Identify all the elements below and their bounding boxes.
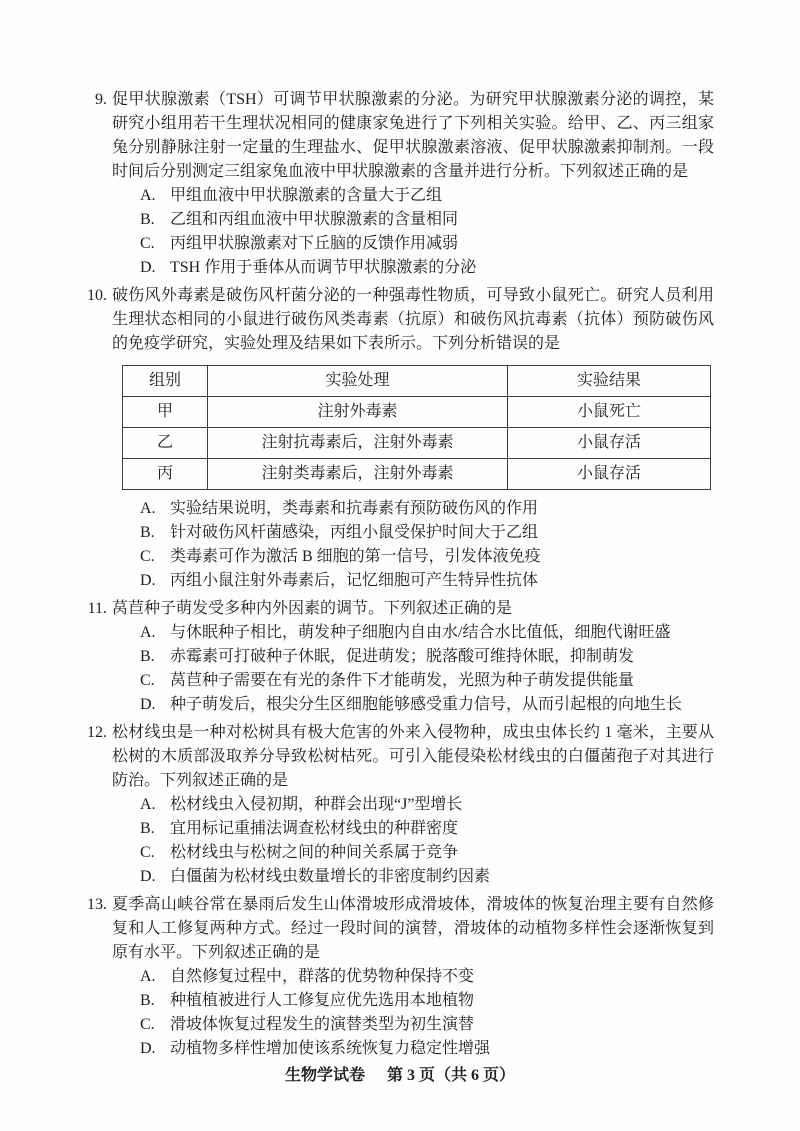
option-text: 实验结果说明，类毒素和抗毒素有预防破伤风的作用 xyxy=(170,497,714,521)
option-label: B. xyxy=(140,817,170,841)
table-cell: 注射抗毒素后，注射外毒素 xyxy=(208,428,508,459)
question-stem: 松材线虫是一种对松树具有极大危害的外来入侵物种，成虫虫体长约 1 毫米，主要从松… xyxy=(112,721,714,793)
option-row: C.丙组甲状腺激素对下丘脑的反馈作用减弱 xyxy=(112,232,714,256)
question-stem: 莴苣种子萌发受多种内外因素的调节。下列叙述正确的是 xyxy=(112,597,714,621)
option-label: C. xyxy=(140,669,170,693)
option-row: C.类毒素可作为激活 B 细胞的第一信号，引发体液免疫 xyxy=(112,545,714,569)
question: 11.莴苣种子萌发受多种内外因素的调节。下列叙述正确的是A.与休眠种子相比，萌发… xyxy=(80,597,714,717)
question-list: 9.促甲状腺激素（TSH）可调节甲状腺激素的分泌。为研究甲状腺激素分泌的调控，某… xyxy=(80,88,714,1065)
table-row: 甲注射外毒素小鼠死亡 xyxy=(123,397,711,428)
option-row: B.赤霉素可打破种子休眠，促进萌发；脱落酸可维持休眠，抑制萌发 xyxy=(112,645,714,669)
table-cell: 注射类毒素后，注射外毒素 xyxy=(208,459,508,490)
table-cell: 丙 xyxy=(123,459,208,490)
option-text: 白僵菌为松材线虫数量增长的非密度制约因素 xyxy=(170,865,714,889)
table-header-cell: 组别 xyxy=(123,366,208,397)
option-text: TSH 作用于垂体从而调节甲状腺激素的分泌 xyxy=(170,256,714,280)
option-label: C. xyxy=(140,1013,170,1037)
option-text: 自然修复过程中，群落的优势物种保持不变 xyxy=(170,965,714,989)
option-row: D.白僵菌为松材线虫数量增长的非密度制约因素 xyxy=(112,865,714,889)
question-body: 夏季高山峡谷常在暴雨后发生山体滑坡形成滑坡体，滑坡体的恢复治理主要有自然修复和人… xyxy=(112,893,714,1061)
option-text: 松材线虫入侵初期，种群会出现“J”型增长 xyxy=(170,793,714,817)
option-row: B.乙组和丙组血液中甲状腺激素的含量相同 xyxy=(112,208,714,232)
option-text: 与休眠种子相比，萌发种子细胞内自由水/结合水比值低，细胞代谢旺盛 xyxy=(170,621,714,645)
question-number: 11. xyxy=(80,597,112,717)
table-cell: 小鼠死亡 xyxy=(508,397,711,428)
option-row: A.自然修复过程中，群落的优势物种保持不变 xyxy=(112,965,714,989)
results-table: 组别实验处理实验结果甲注射外毒素小鼠死亡乙注射抗毒素后，注射外毒素小鼠存活丙注射… xyxy=(122,365,711,490)
option-text: 种植植被进行人工修复应优先选用本地植物 xyxy=(170,989,714,1013)
option-row: C.滑坡体恢复过程发生的演替类型为初生演替 xyxy=(112,1013,714,1037)
option-text: 宜用标记重捕法调查松材线虫的种群密度 xyxy=(170,817,714,841)
option-text: 类毒素可作为激活 B 细胞的第一信号，引发体液免疫 xyxy=(170,545,714,569)
option-text: 种子萌发后，根尖分生区细胞能够感受重力信号，从而引起根的向地生长 xyxy=(170,693,714,717)
option-text: 乙组和丙组血液中甲状腺激素的含量相同 xyxy=(170,208,714,232)
table-cell: 小鼠存活 xyxy=(508,428,711,459)
question-number: 10. xyxy=(80,284,112,593)
footer-page-info: 第 3 页（共 6 页） xyxy=(387,1067,515,1084)
option-row: B.针对破伤风杆菌感染，丙组小鼠受保护时间大于乙组 xyxy=(112,521,714,545)
table-cell: 小鼠存活 xyxy=(508,459,711,490)
question-number: 12. xyxy=(80,721,112,889)
option-row: C.莴苣种子需要在有光的条件下才能萌发，光照为种子萌发提供能量 xyxy=(112,669,714,693)
option-label: A. xyxy=(140,965,170,989)
question: 13.夏季高山峡谷常在暴雨后发生山体滑坡形成滑坡体，滑坡体的恢复治理主要有自然修… xyxy=(80,893,714,1061)
option-text: 丙组小鼠注射外毒素后，记忆细胞可产生特异性抗体 xyxy=(170,569,714,593)
question-stem: 夏季高山峡谷常在暴雨后发生山体滑坡形成滑坡体，滑坡体的恢复治理主要有自然修复和人… xyxy=(112,893,714,965)
option-row: A.松材线虫入侵初期，种群会出现“J”型增长 xyxy=(112,793,714,817)
table-header-cell: 实验结果 xyxy=(508,366,711,397)
option-text: 滑坡体恢复过程发生的演替类型为初生演替 xyxy=(170,1013,714,1037)
option-label: A. xyxy=(140,621,170,645)
option-text: 针对破伤风杆菌感染，丙组小鼠受保护时间大于乙组 xyxy=(170,521,714,545)
option-text: 松材线虫与松树之间的种间关系属于竞争 xyxy=(170,841,714,865)
option-row: A.实验结果说明，类毒素和抗毒素有预防破伤风的作用 xyxy=(112,497,714,521)
option-label: D. xyxy=(140,865,170,889)
option-row: D.TSH 作用于垂体从而调节甲状腺激素的分泌 xyxy=(112,256,714,280)
footer-exam-name: 生物学试卷 xyxy=(285,1067,365,1084)
option-label: B. xyxy=(140,521,170,545)
option-label: C. xyxy=(140,841,170,865)
option-row: D.丙组小鼠注射外毒素后，记忆细胞可产生特异性抗体 xyxy=(112,569,714,593)
question-number: 13. xyxy=(80,893,112,1061)
option-row: A.与休眠种子相比，萌发种子细胞内自由水/结合水比值低，细胞代谢旺盛 xyxy=(112,621,714,645)
option-label: D. xyxy=(140,569,170,593)
table-row: 丙注射类毒素后，注射外毒素小鼠存活 xyxy=(123,459,711,490)
table-header-row: 组别实验处理实验结果 xyxy=(123,366,711,397)
option-label: D. xyxy=(140,256,170,280)
option-text: 丙组甲状腺激素对下丘脑的反馈作用减弱 xyxy=(170,232,714,256)
option-label: A. xyxy=(140,497,170,521)
option-label: C. xyxy=(140,545,170,569)
question: 9.促甲状腺激素（TSH）可调节甲状腺激素的分泌。为研究甲状腺激素分泌的调控，某… xyxy=(80,88,714,280)
table-cell: 乙 xyxy=(123,428,208,459)
table-header-cell: 实验处理 xyxy=(208,366,508,397)
table-row: 乙注射抗毒素后，注射外毒素小鼠存活 xyxy=(123,428,711,459)
option-label: A. xyxy=(140,184,170,208)
question-body: 莴苣种子萌发受多种内外因素的调节。下列叙述正确的是A.与休眠种子相比，萌发种子细… xyxy=(112,597,714,717)
option-label: D. xyxy=(140,693,170,717)
question: 10.破伤风外毒素是破伤风杆菌分泌的一种强毒性物质，可导致小鼠死亡。研究人员利用… xyxy=(80,284,714,593)
option-text: 动植物多样性增加使该系统恢复力稳定性增强 xyxy=(170,1037,714,1061)
option-row: B.宜用标记重捕法调查松材线虫的种群密度 xyxy=(112,817,714,841)
option-row: D.动植物多样性增加使该系统恢复力稳定性增强 xyxy=(112,1037,714,1061)
option-label: C. xyxy=(140,232,170,256)
option-text: 莴苣种子需要在有光的条件下才能萌发，光照为种子萌发提供能量 xyxy=(170,669,714,693)
option-row: A.甲组血液中甲状腺激素的含量大于乙组 xyxy=(112,184,714,208)
option-label: A. xyxy=(140,793,170,817)
question-stem: 促甲状腺激素（TSH）可调节甲状腺激素的分泌。为研究甲状腺激素分泌的调控，某研究… xyxy=(112,88,714,184)
option-label: D. xyxy=(140,1037,170,1061)
table-cell: 注射外毒素 xyxy=(208,397,508,428)
question-number: 9. xyxy=(80,88,112,280)
question-body: 松材线虫是一种对松树具有极大危害的外来入侵物种，成虫虫体长约 1 毫米，主要从松… xyxy=(112,721,714,889)
question-body: 促甲状腺激素（TSH）可调节甲状腺激素的分泌。为研究甲状腺激素分泌的调控，某研究… xyxy=(112,88,714,280)
option-label: B. xyxy=(140,208,170,232)
option-label: B. xyxy=(140,989,170,1013)
question: 12.松材线虫是一种对松树具有极大危害的外来入侵物种，成虫虫体长约 1 毫米，主… xyxy=(80,721,714,889)
option-row: D.种子萌发后，根尖分生区细胞能够感受重力信号，从而引起根的向地生长 xyxy=(112,693,714,717)
page-footer: 生物学试卷第 3 页（共 6 页） xyxy=(0,1064,800,1088)
question-stem: 破伤风外毒素是破伤风杆菌分泌的一种强毒性物质，可导致小鼠死亡。研究人员利用生理状… xyxy=(112,284,714,356)
question-body: 破伤风外毒素是破伤风杆菌分泌的一种强毒性物质，可导致小鼠死亡。研究人员利用生理状… xyxy=(112,284,714,593)
option-text: 甲组血液中甲状腺激素的含量大于乙组 xyxy=(170,184,714,208)
option-text: 赤霉素可打破种子休眠，促进萌发；脱落酸可维持休眠，抑制萌发 xyxy=(170,645,714,669)
table-cell: 甲 xyxy=(123,397,208,428)
option-label: B. xyxy=(140,645,170,669)
option-row: C.松材线虫与松树之间的种间关系属于竞争 xyxy=(112,841,714,865)
option-row: B.种植植被进行人工修复应优先选用本地植物 xyxy=(112,989,714,1013)
exam-page: 9.促甲状腺激素（TSH）可调节甲状腺激素的分泌。为研究甲状腺激素分泌的调控，某… xyxy=(0,0,800,1131)
